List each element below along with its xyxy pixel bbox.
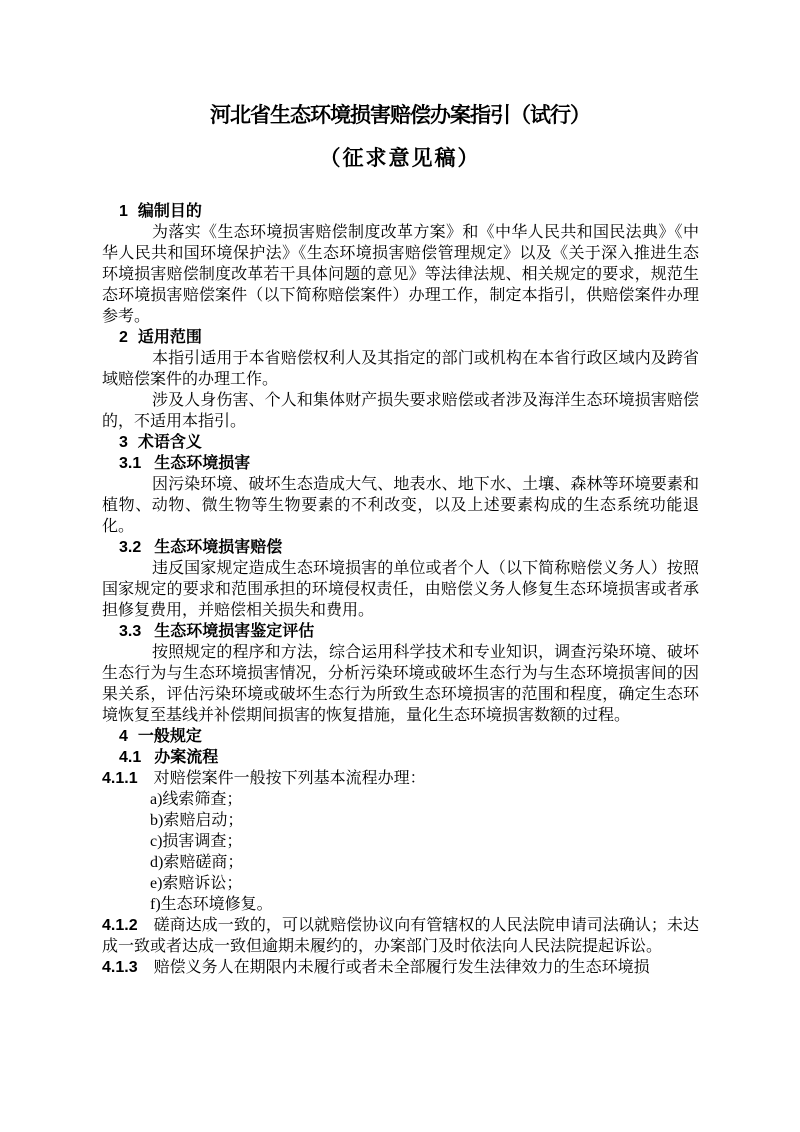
heading-section-4-text: 一般规定 [138, 728, 202, 745]
paragraph-s2-p1: 本指引适用于本省赔偿权利人及其指定的部门或机构在本省行政区域内及跨省域赔偿案件的… [102, 348, 699, 390]
clause-4-1-2: 4.1.2磋商达成一致的，可以就赔偿协议向有管辖权的人民法院申请司法确认；未达成… [102, 915, 699, 957]
list-item-c: c)损害调查； [102, 831, 699, 852]
clause-4-1-3-number: 4.1.3 [102, 959, 138, 976]
paragraph-s2-p2: 涉及人身伤害、个人和集体财产损失要求赔偿或者涉及海洋生态环境损害赔偿的，不适用本… [102, 390, 699, 432]
clause-4-1-1-text: 对赔偿案件一般按下列基本流程办理： [154, 770, 426, 787]
heading-section-4-number: 4 [119, 726, 128, 747]
heading-section-3-2-number: 3.2 [119, 537, 141, 558]
heading-section-2-text: 适用范围 [138, 329, 202, 346]
clause-4-1-1-number: 4.1.1 [102, 770, 138, 787]
heading-section-3-2-text: 生态环境损害赔偿 [154, 539, 282, 556]
heading-section-4-1: 4.1办案流程 [119, 747, 699, 768]
heading-section-3-3-number: 3.3 [119, 621, 141, 642]
paragraph-s1-p1: 为落实《生态环境损害赔偿制度改革方案》和《中华人民共和国民法典》《中华人民共和国… [102, 222, 699, 327]
heading-section-3-2: 3.2生态环境损害赔偿 [119, 537, 699, 558]
doc-subtitle: （征求意见稿） [0, 144, 800, 172]
clause-4-1-3: 4.1.3赔偿义务人在期限内未履行或者未全部履行发生法律效力的生态环境损 [102, 957, 699, 978]
list-item-e: e)索赔诉讼； [102, 873, 699, 894]
clause-4-1-1: 4.1.1对赔偿案件一般按下列基本流程办理： [102, 768, 699, 789]
document-body: 1编制目的 为落实《生态环境损害赔偿制度改革方案》和《中华人民共和国民法典》《中… [102, 201, 699, 978]
document-page: 河北省生态环境损害赔偿办案指引（试行） （征求意见稿） 1编制目的 为落实《生态… [0, 0, 800, 1132]
clause-4-1-3-text: 赔偿义务人在期限内未履行或者未全部履行发生法律效力的生态环境损 [154, 959, 650, 976]
paragraph-s33-p1: 按照规定的程序和方法，综合运用科学技术和专业知识，调查污染环境、破坏生态行为与生… [102, 642, 699, 726]
heading-section-4-1-number: 4.1 [119, 747, 141, 768]
paragraph-s31-p1: 因污染环境、破坏生态造成大气、地表水、地下水、土壤、森林等环境要素和植物、动物、… [102, 474, 699, 537]
paragraph-s32-p1: 违反国家规定造成生态环境损害的单位或者个人（以下简称赔偿义务人）按照国家规定的要… [102, 558, 699, 621]
clause-4-1-2-number: 4.1.2 [102, 917, 138, 934]
heading-section-3-3: 3.3生态环境损害鉴定评估 [119, 621, 699, 642]
heading-section-3-text: 术语含义 [138, 434, 202, 451]
doc-title: 河北省生态环境损害赔偿办案指引（试行） [0, 101, 800, 129]
heading-section-1-number: 1 [119, 201, 128, 222]
list-item-f: f)生态环境修复。 [102, 894, 699, 915]
heading-section-3-1-number: 3.1 [119, 453, 141, 474]
heading-section-4: 4一般规定 [119, 726, 699, 747]
list-item-b: b)索赔启动； [102, 810, 699, 831]
heading-section-3: 3术语含义 [119, 432, 699, 453]
clause-4-1-2-text: 磋商达成一致的，可以就赔偿协议向有管辖权的人民法院申请司法确认；未达成一致或者达… [102, 917, 699, 955]
heading-section-1-text: 编制目的 [138, 203, 202, 220]
list-item-a: a)线索筛查； [102, 789, 699, 810]
heading-section-4-1-text: 办案流程 [154, 749, 218, 766]
list-item-d: d)索赔磋商； [102, 852, 699, 873]
heading-section-3-1-text: 生态环境损害 [154, 455, 250, 472]
heading-section-3-3-text: 生态环境损害鉴定评估 [154, 623, 314, 640]
heading-section-1: 1编制目的 [119, 201, 699, 222]
heading-section-3-1: 3.1生态环境损害 [119, 453, 699, 474]
heading-section-2-number: 2 [119, 327, 128, 348]
heading-section-2: 2适用范围 [119, 327, 699, 348]
heading-section-3-number: 3 [119, 432, 128, 453]
